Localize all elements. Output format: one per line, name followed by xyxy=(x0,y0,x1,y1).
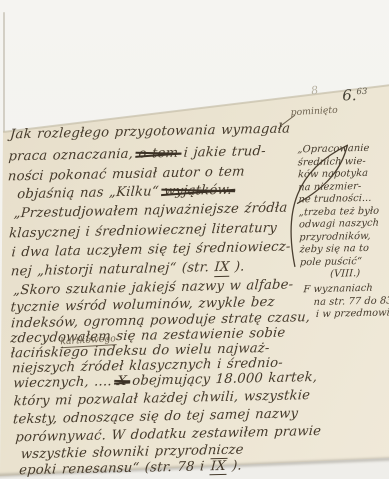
manuscript-line: porównywać. W dodatku zestawiłem prawie xyxy=(15,424,322,445)
line-text: objaśnią nas „Kilku“ xyxy=(17,184,165,202)
margin-note-line: żeby się na to xyxy=(299,243,380,257)
margin-note-line: „Opracowanie xyxy=(297,143,378,157)
line-text: nej „historji naturalnej“ (str. xyxy=(10,260,215,279)
margin-note-line: F wyznaniach xyxy=(303,282,389,297)
manuscript-line: praca oznaczania, o tem i jakie trud- xyxy=(8,144,266,164)
manuscript-line: teksty, odnoszące się do tej samej nazwy xyxy=(12,406,298,427)
line-text: epoki renesansu“ (str. 78 i xyxy=(19,459,211,478)
struck-mark: X xyxy=(117,374,128,389)
manuscript-line: klasycznej i średniowiecznej literatury xyxy=(9,221,278,242)
pencil-mark: 8 xyxy=(310,83,319,97)
line-text: obejmujący 18.000 kartek, xyxy=(126,370,317,389)
handwriting-layer: 8 6.63 pominięto Jak rozległego przygoto… xyxy=(0,0,389,479)
margin-note-line: odwagi naszych xyxy=(299,218,380,232)
line-text: ). xyxy=(229,259,245,274)
margin-note-ref: (VIII.) xyxy=(330,268,381,282)
inserted-word-pominieto: pominięto xyxy=(290,105,338,119)
line-text: łacińskiego xyxy=(10,345,94,362)
margin-note-trudnosci: „Opracowanie średnich wie- ków napotyka … xyxy=(297,143,380,282)
page-number-superscript: 63 xyxy=(356,87,367,97)
page-ref: IX xyxy=(214,260,230,277)
line-text: wiecznych, .... xyxy=(13,374,118,391)
scanned-manuscript-page: 8 6.63 pominięto Jak rozległego przygoto… xyxy=(0,0,389,479)
manuscript-line: „Przestudjowałem najważniejsze źródła xyxy=(13,201,288,222)
line-text: ). xyxy=(226,459,242,474)
margin-note-wyznania: F wyznaniach na str. 77 do 835 i w przed… xyxy=(303,282,389,321)
line-text: praca oznaczania, xyxy=(8,147,139,165)
line-text: i jakie trud- xyxy=(178,144,267,161)
manuscript-line: Jak rozległego przygotowania wymagała xyxy=(10,121,291,142)
struck-word: o tem xyxy=(138,146,179,162)
struck-word: wyjątków. xyxy=(164,183,233,199)
margin-note-line: ków napotyka xyxy=(298,168,379,182)
page-ref: IX xyxy=(209,458,227,475)
margin-note-line: ne trudności... xyxy=(298,193,379,207)
manuscript-line: ności pokonać musiał autor o tem xyxy=(7,164,245,184)
margin-note-line: i w przedmowie xyxy=(316,307,389,321)
manuscript-line: objaśnią nas „Kilku“ wyjątków. xyxy=(17,183,233,203)
page-number: 6.63 xyxy=(342,86,368,105)
manuscript-line: nej „historji naturalnej“ (str. IX ). xyxy=(10,259,245,279)
page-number-main: 6. xyxy=(342,86,357,104)
manuscript-line: i dwa lata uczyłem się tej średniowiecz- xyxy=(11,239,291,260)
